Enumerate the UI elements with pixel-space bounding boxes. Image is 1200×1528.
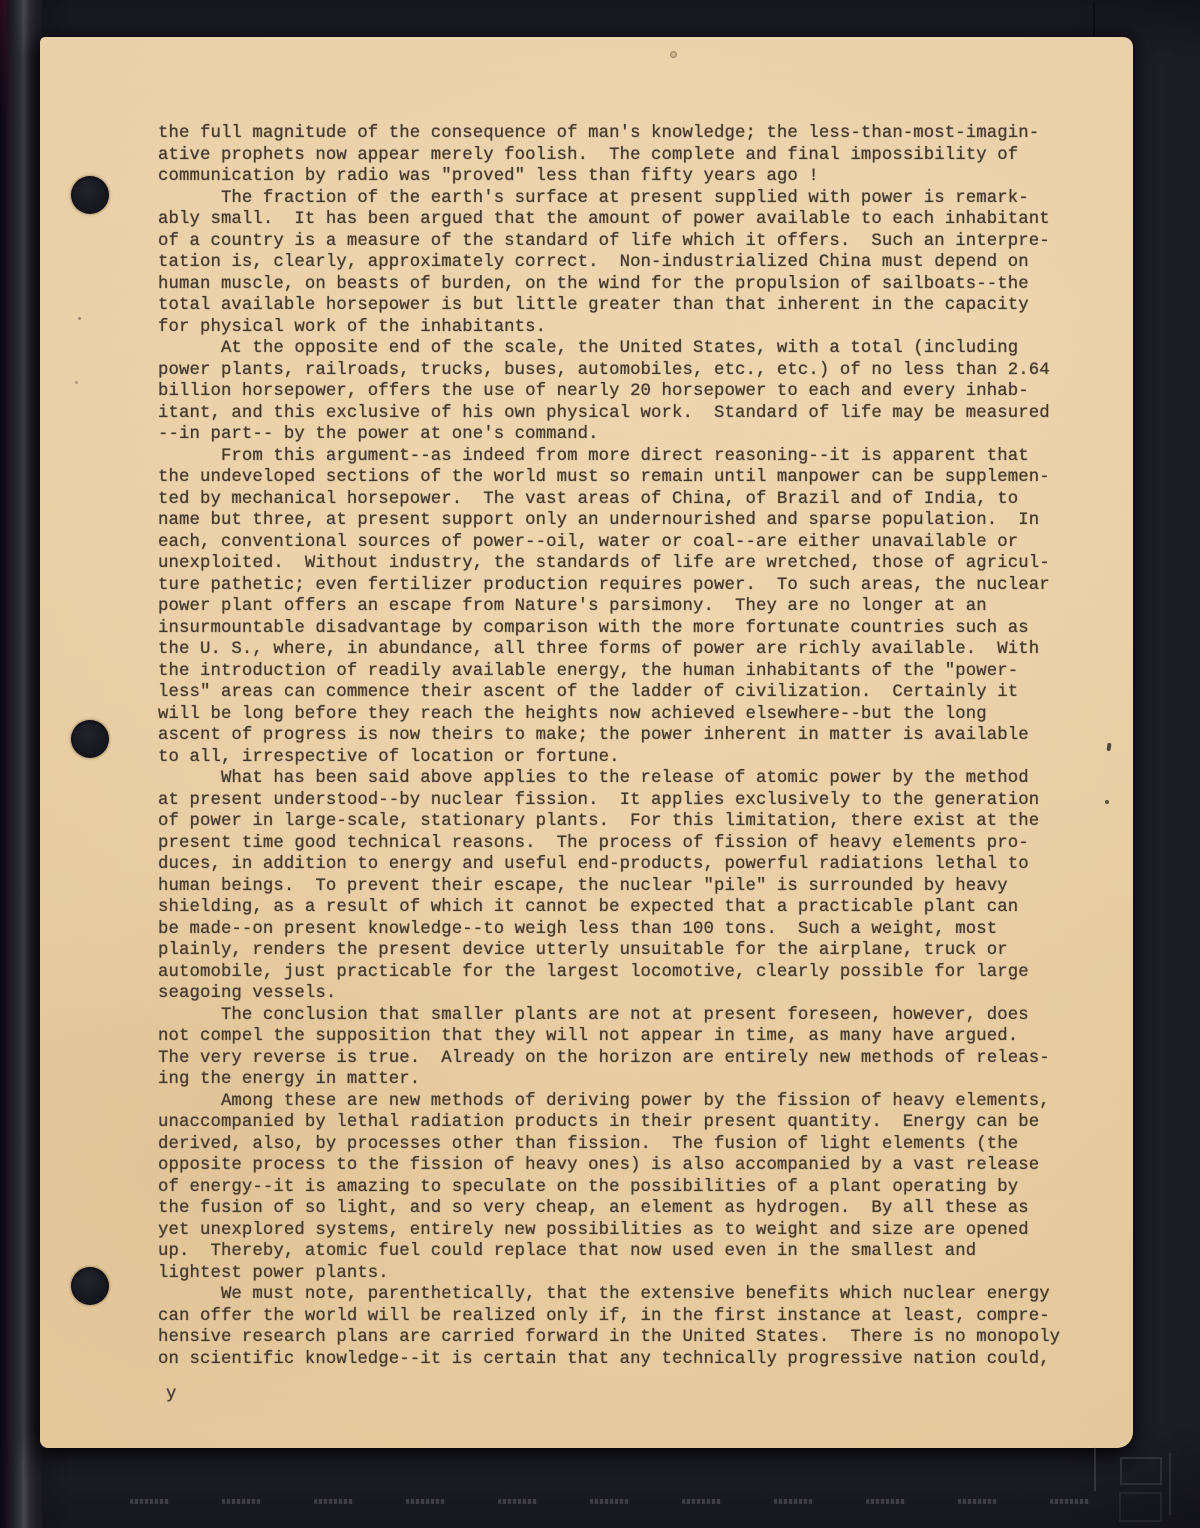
binder-microtext-dash bbox=[498, 1499, 538, 1504]
text-line: human beings. To prevent their escape, t… bbox=[158, 876, 1088, 898]
text-line: itant, and this exclusive of his own phy… bbox=[158, 403, 1088, 425]
text-line: ascent of progress is now theirs to make… bbox=[158, 725, 1088, 747]
embossing-line bbox=[1094, 1447, 1096, 1491]
text-line: unexploited. Without industry, the stand… bbox=[158, 553, 1088, 575]
text-line: name but three, at present support only … bbox=[158, 510, 1088, 532]
binder-microtext bbox=[0, 1499, 1200, 1509]
binder-microtext-dash bbox=[130, 1499, 170, 1504]
text-line: for physical work of the inhabitants. bbox=[158, 317, 1088, 339]
text-line: tation is, clearly, approximately correc… bbox=[158, 252, 1088, 274]
ink-speck bbox=[1106, 743, 1111, 751]
text-line: ted by mechanical horsepower. The vast a… bbox=[158, 489, 1088, 511]
text-line: Among these are new methods of deriving … bbox=[158, 1091, 1088, 1113]
text-line: derived, also, by processes other than f… bbox=[158, 1134, 1088, 1156]
text-line: the introduction of readily available en… bbox=[158, 661, 1088, 683]
paper-speck bbox=[78, 317, 81, 320]
stray-mark-y: y bbox=[166, 1384, 176, 1406]
embossing-rect bbox=[1119, 1492, 1162, 1522]
text-line: The conclusion that smaller plants are n… bbox=[158, 1005, 1088, 1027]
text-line: unaccompanied by lethal radiation produc… bbox=[158, 1112, 1088, 1134]
text-line: shielding, as a result of which it canno… bbox=[158, 897, 1088, 919]
text-line: will be long before they reach the heigh… bbox=[158, 704, 1088, 726]
text-line: ably small. It has been argued that the … bbox=[158, 209, 1088, 231]
text-line: What has been said above applies to the … bbox=[158, 768, 1088, 790]
text-line: the fusion of so light, and so very chea… bbox=[158, 1198, 1088, 1220]
text-line: At the opposite end of the scale, the Un… bbox=[158, 338, 1088, 360]
binder-microtext-dash bbox=[774, 1499, 814, 1504]
binder-microtext-dash bbox=[406, 1499, 446, 1504]
text-line: at present understood--by nuclear fissio… bbox=[158, 790, 1088, 812]
text-line: yet unexplored systems, entirely new pos… bbox=[158, 1220, 1088, 1242]
text-line: hensive research plans are carried forwa… bbox=[158, 1327, 1088, 1349]
binder-microtext-dash bbox=[1050, 1499, 1090, 1504]
text-line: ative prophets now appear merely foolish… bbox=[158, 145, 1088, 167]
text-line: --in part-- by the power at one's comman… bbox=[158, 424, 1088, 446]
text-line: of a country is a measure of the standar… bbox=[158, 231, 1088, 253]
text-line: We must note, parenthetically, that the … bbox=[158, 1284, 1088, 1306]
text-line: on scientific knowledge--it is certain t… bbox=[158, 1349, 1088, 1371]
text-line: ing the energy in matter. bbox=[158, 1069, 1088, 1091]
text-line: opposite process to the fission of heavy… bbox=[158, 1155, 1088, 1177]
text-line: of power in large-scale, stationary plan… bbox=[158, 811, 1088, 833]
text-line: seagoing vessels. bbox=[158, 983, 1088, 1005]
text-line: insurmountable disadvantage by compariso… bbox=[158, 618, 1088, 640]
embossing-rect bbox=[1120, 1457, 1162, 1485]
punch-hole-bottom bbox=[71, 1267, 109, 1305]
text-line: up. Thereby, atomic fuel could replace t… bbox=[158, 1241, 1088, 1263]
text-line: the U. S., where, in abundance, all thre… bbox=[158, 639, 1088, 661]
text-line: total available horsepower is but little… bbox=[158, 295, 1088, 317]
paper-speck bbox=[670, 51, 677, 58]
binder-microtext-dash bbox=[958, 1499, 998, 1504]
text-line: can offer the world will be realized onl… bbox=[158, 1306, 1088, 1328]
ink-speck bbox=[1105, 800, 1109, 804]
text-line: From this argument--as indeed from more … bbox=[158, 446, 1088, 468]
text-line: duces, in addition to energy and useful … bbox=[158, 854, 1088, 876]
punch-hole-top bbox=[71, 176, 109, 214]
scanned-document-scene: the full magnitude of the consequence of… bbox=[0, 0, 1200, 1528]
paper-page: the full magnitude of the consequence of… bbox=[40, 37, 1133, 1448]
binder-microtext-dash bbox=[866, 1499, 906, 1504]
binder-embossing bbox=[1085, 1445, 1197, 1528]
text-line: present time good technical reasons. The… bbox=[158, 833, 1088, 855]
text-line: to all, irrespective of location or fort… bbox=[158, 747, 1088, 769]
text-line: ture pathetic; even fertilizer productio… bbox=[158, 575, 1088, 597]
text-line: communication by radio was "proved" less… bbox=[158, 166, 1088, 188]
punch-hole-middle bbox=[71, 720, 109, 758]
text-line: The fraction of the earth's surface at p… bbox=[158, 188, 1088, 210]
binder-microtext-dash bbox=[590, 1499, 630, 1504]
text-line: the full magnitude of the consequence of… bbox=[158, 123, 1088, 145]
paper-speck bbox=[75, 381, 78, 384]
binder-spine bbox=[0, 0, 42, 1528]
text-line: be made--on present knowledge--to weigh … bbox=[158, 919, 1088, 941]
binder-microtext-dash bbox=[222, 1499, 262, 1504]
text-line: the undeveloped sections of the world mu… bbox=[158, 467, 1088, 489]
binder-microtext-dash bbox=[314, 1499, 354, 1504]
text-line: human muscle, on beasts of burden, on th… bbox=[158, 274, 1088, 296]
text-line: plainly, renders the present device utte… bbox=[158, 940, 1088, 962]
text-line: automobile, just practicable for the lar… bbox=[158, 962, 1088, 984]
text-line: less" areas can commence their ascent of… bbox=[158, 682, 1088, 704]
typed-text: the full magnitude of the consequence of… bbox=[158, 123, 1088, 1370]
text-line: power plant offers an escape from Nature… bbox=[158, 596, 1088, 618]
binder-microtext-dash bbox=[682, 1499, 722, 1504]
text-line: lightest power plants. bbox=[158, 1263, 1088, 1285]
text-line: billion horsepower, offers the use of ne… bbox=[158, 381, 1088, 403]
text-line: each, conventional sources of power--oil… bbox=[158, 532, 1088, 554]
text-line: The very reverse is true. Already on the… bbox=[158, 1048, 1088, 1070]
scratch-mark bbox=[1093, 2, 1095, 36]
text-line: power plants, railroads, trucks, buses, … bbox=[158, 360, 1088, 382]
text-line: not compel the supposition that they wil… bbox=[158, 1026, 1088, 1048]
text-line: of energy--it is amazing to speculate on… bbox=[158, 1177, 1088, 1199]
embossing-line bbox=[1169, 1453, 1171, 1515]
